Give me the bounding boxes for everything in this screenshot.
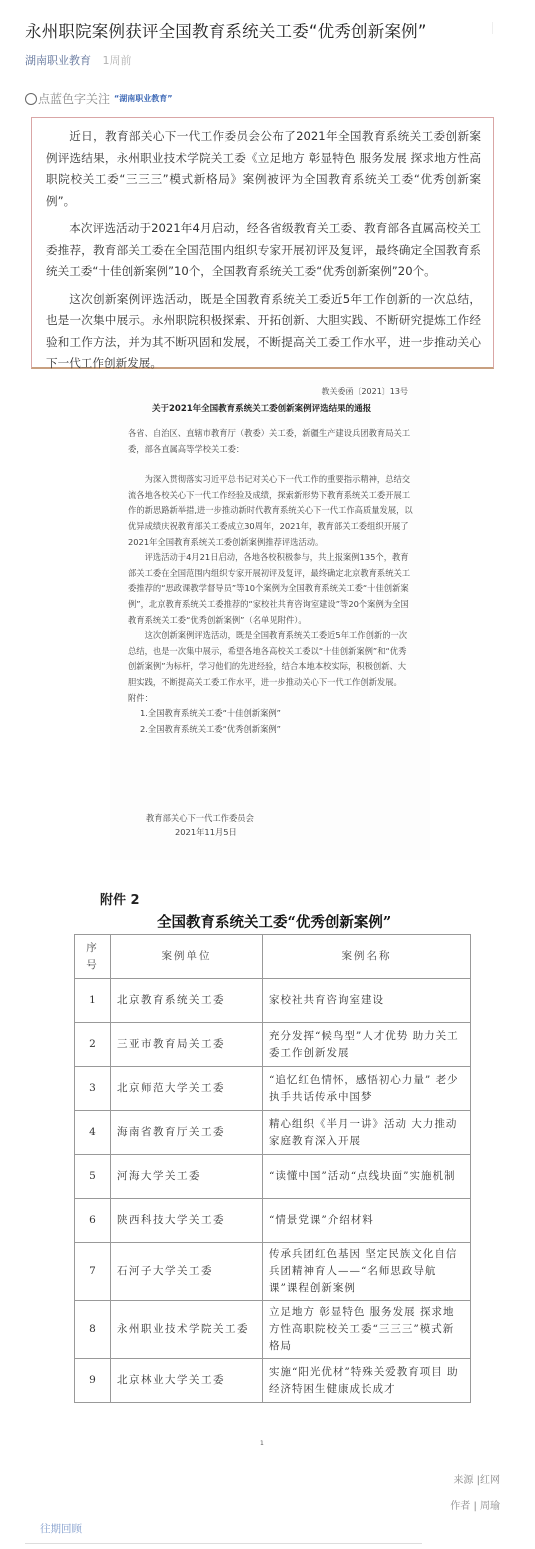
intro-box: 近日，教育部关心下一代工作委员会公布了2021年全国教育系统关工委创新案例评选结… (31, 117, 494, 369)
cell-unit: 河海大学关工委 (111, 1155, 263, 1199)
bottom-divider (25, 1543, 422, 1544)
cell-name: 精心组织《半月一讲》活动 大力推动家庭教育深入开展 (263, 1111, 471, 1155)
cell-unit: 石河子大学关工委 (111, 1243, 263, 1301)
cell-no: 9 (75, 1359, 111, 1403)
table-row: 1 北京教育系统关工委 家校社共育咨询室建设 (75, 979, 471, 1023)
cell-no: 8 (75, 1301, 111, 1359)
header-name: 案例名称 (263, 935, 471, 979)
intro-paragraph: 本次评选活动于2021年4月启动，经各省级教育关工委、教育部各直属高校关工委推荐… (46, 218, 481, 283)
table-row: 8 永州职业技术学院关工委 立足地方 彰显特色 服务发展 探求地方性高职院校关工… (75, 1301, 471, 1359)
circle-icon (25, 93, 37, 105)
notice-image: 教关委函〔2021〕13号 关于2021年全国教育系统关工委创新案例评选结果的通… (110, 380, 430, 860)
side-divider (492, 22, 532, 34)
past-issues-link[interactable]: 往期回顾 (40, 1521, 82, 1536)
notice-addressee: 各省、自治区、直辖市教育厅（教委）关工委，新疆生产建设兵团教育局关工委，部各直属… (128, 426, 414, 457)
annex-title: 全国教育系统关工委“优秀创新案例” (157, 911, 391, 932)
cell-name: 家校社共育咨询室建设 (263, 979, 471, 1023)
cell-name: “追忆红色情怀，感悟初心力量” 老少执手共话传承中国梦 (263, 1067, 471, 1111)
cell-no: 4 (75, 1111, 111, 1155)
table-row: 7 石河子大学关工委 传承兵团红色基因 坚定民族文化自信 兵团精神育人——“名师… (75, 1243, 471, 1301)
table-row: 5 河海大学关工委 “读懂中国”活动“点线块面”实施机制 (75, 1155, 471, 1199)
article-meta: 湖南职业教育 1周前 (25, 53, 132, 69)
cell-unit: 北京教育系统关工委 (111, 979, 263, 1023)
cell-unit: 永州职业技术学院关工委 (111, 1301, 263, 1359)
follow-prompt: 点蓝色字关注 “湖南职业教育” (25, 91, 173, 107)
intro-paragraph: 这次创新案例评选活动，既是全国教育系统关工委近5年工作创新的一次总结，也是一次集… (46, 289, 481, 375)
table-row: 3 北京师范大学关工委 “追忆红色情怀，感悟初心力量” 老少执手共话传承中国梦 (75, 1067, 471, 1111)
notice-signer: 教育部关心下一代工作委员会 (146, 810, 254, 826)
follow-brand-link[interactable]: “湖南职业教育” (114, 91, 173, 107)
cell-no: 2 (75, 1023, 111, 1067)
table-row: 2 三亚市教育局关工委 充分发挥“候鸟型”人才优势 助力关工委工作创新发展 (75, 1023, 471, 1067)
cell-unit: 陕西科技大学关工委 (111, 1199, 263, 1243)
cell-name: “情景党课”介绍材料 (263, 1199, 471, 1243)
notice-attachment-item: 2.全国教育系统关工委“优秀创新案例” (128, 722, 414, 738)
notice-body: 各省、自治区、直辖市教育厅（教委）关工委，新疆生产建设兵团教育局关工委，部各直属… (128, 426, 414, 737)
cell-no: 1 (75, 979, 111, 1023)
cell-name: 传承兵团红色基因 坚定民族文化自信 兵团精神育人——“名师思政导航课”课程创新案… (263, 1243, 471, 1301)
notice-date: 2021年11月5日 (175, 826, 237, 838)
cell-unit: 海南省教育厅关工委 (111, 1111, 263, 1155)
page-number: 1 (260, 1440, 264, 1447)
author-credit: 作者 | 周瑜 (450, 1497, 500, 1512)
intro-paragraph: 近日，教育部关心下一代工作委员会公布了2021年全国教育系统关工委创新案例评选结… (46, 126, 481, 212)
notice-title: 关于2021年全国教育系统关工委创新案例评选结果的通报 (152, 402, 371, 414)
table-row: 9 北京林业大学关工委 实施“阳光优材”特殊关爱教育项目 助经济特困生健康成长成… (75, 1359, 471, 1403)
cell-no: 7 (75, 1243, 111, 1301)
source-credit: 来源 |红网 (453, 1471, 500, 1486)
header-unit: 案例单位 (111, 935, 263, 979)
cell-unit: 北京林业大学关工委 (111, 1359, 263, 1403)
cell-name: 实施“阳光优材”特殊关爱教育项目 助经济特困生健康成长成才 (263, 1359, 471, 1403)
notice-paragraph: 这次创新案例评选活动，既是全国教育系统关工委近5年工作创新的一次总结，也是一次集… (128, 628, 414, 690)
table-row: 4 海南省教育厅关工委 精心组织《半月一讲》活动 大力推动家庭教育深入开展 (75, 1111, 471, 1155)
cell-unit: 北京师范大学关工委 (111, 1067, 263, 1111)
cell-no: 5 (75, 1155, 111, 1199)
publish-time: 1周前 (103, 54, 132, 67)
table-header-row: 序号 案例单位 案例名称 (75, 935, 471, 979)
cell-name: 立足地方 彰显特色 服务发展 探求地方性高职院校关工委“三三三”模式新格局 (263, 1301, 471, 1359)
notice-attachments-label: 附件： (128, 691, 414, 707)
cell-unit: 三亚市教育局关工委 (111, 1023, 263, 1067)
cell-name: “读懂中国”活动“点线块面”实施机制 (263, 1155, 471, 1199)
notice-attachment-item: 1.全国教育系统关工委“十佳创新案例” (128, 706, 414, 722)
article-title: 永州职院案例获评全国教育系统关工委“优秀创新案例” (25, 20, 495, 44)
table-row: 6 陕西科技大学关工委 “情景党课”介绍材料 (75, 1199, 471, 1243)
follow-label: 点蓝色字关注 (38, 91, 110, 107)
notice-paragraph: 评选活动于4月21日启动，各地各校积极参与，共上报案例135个，教育部关工委在全… (128, 550, 414, 628)
notice-doc-number: 教关委函〔2021〕13号 (321, 386, 408, 397)
cell-no: 3 (75, 1067, 111, 1111)
cell-no: 6 (75, 1199, 111, 1243)
header-no: 序号 (75, 935, 111, 979)
annex-label: 附件 2 (100, 889, 140, 908)
notice-paragraph: 为深入贯彻落实习近平总书记对关心下一代工作的重要指示精神，总结交流各地各校关心下… (128, 472, 414, 550)
cases-table: 序号 案例单位 案例名称 1 北京教育系统关工委 家校社共育咨询室建设 2 三亚… (74, 934, 471, 1403)
account-name-link[interactable]: 湖南职业教育 (25, 54, 91, 67)
cell-name: 充分发挥“候鸟型”人才优势 助力关工委工作创新发展 (263, 1023, 471, 1067)
